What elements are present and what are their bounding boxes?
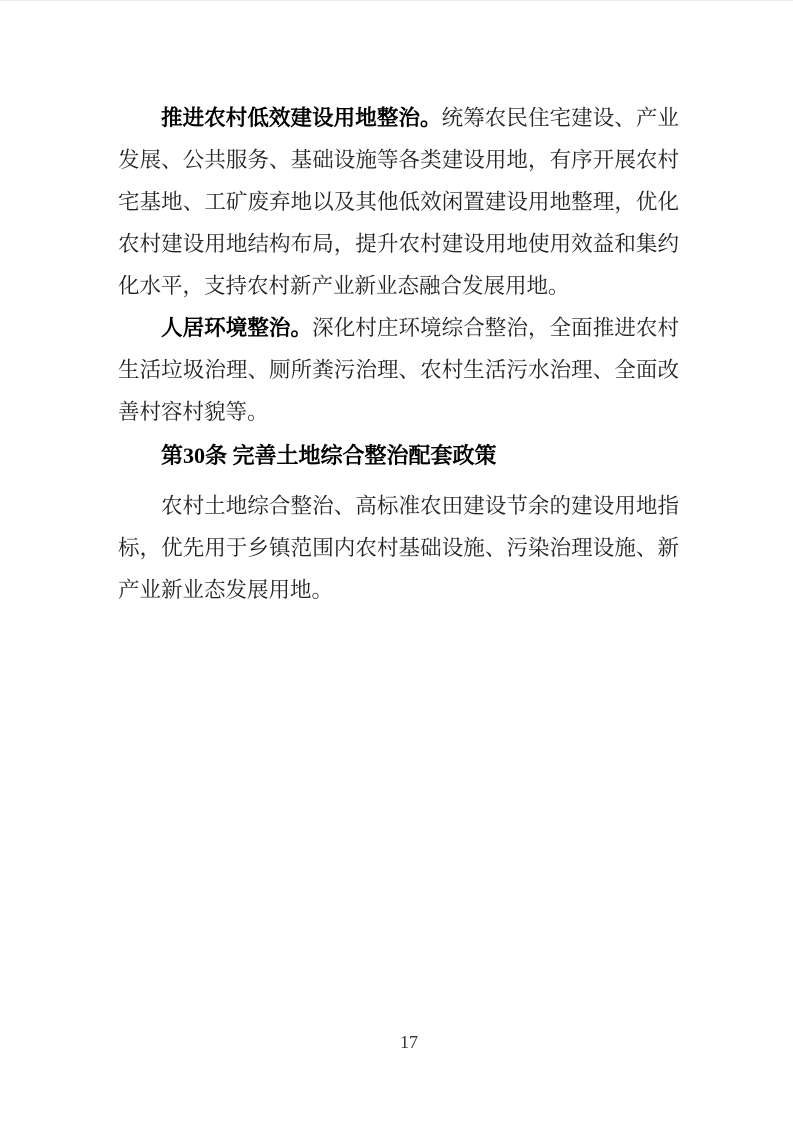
run-in-heading-low-efficiency: 推进农村低效建设用地整治。: [161, 106, 442, 130]
text-line: 宅基地、工矿废弃地以及其他低效闲置建设用地整理，优化: [118, 181, 679, 223]
text-line: 化水平，支持农村新产业新业态融合发展用地。: [118, 265, 679, 307]
text-line: 农村土地综合整治、高标准农田建设节余的建设用地指: [118, 485, 679, 527]
text-line: 产业新业态发展用地。: [118, 569, 679, 611]
heading-article-30: 第30条 完善土地综合整治配套政策: [118, 435, 679, 477]
paragraph-living-environment: 人居环境整治。深化村庄环境综合整治，全面推进农村 生活垃圾治理、厕所粪污治理、农…: [118, 307, 679, 433]
text-line: 发展、公共服务、基础设施等各类建设用地，有序开展农村: [118, 139, 679, 181]
text-line: 善村容村貌等。: [118, 391, 679, 433]
text-line: 人居环境整治。深化村庄环境综合整治，全面推进农村: [118, 307, 679, 349]
page-number: 17: [400, 1031, 418, 1053]
text-line: 生活垃圾治理、厕所粪污治理、农村生活污水治理、全面改: [118, 349, 679, 391]
text-run: 统筹农民住宅建设、产业: [442, 106, 679, 130]
text-line: 农村建设用地结构布局，提升农村建设用地使用效益和集约: [118, 223, 679, 265]
document-page: 推进农村低效建设用地整治。统筹农民住宅建设、产业 发展、公共服务、基础设施等各类…: [0, 0, 793, 1122]
run-in-heading-living-environment: 人居环境整治。: [161, 316, 312, 340]
paragraph-low-efficiency-land: 推进农村低效建设用地整治。统筹农民住宅建设、产业 发展、公共服务、基础设施等各类…: [118, 97, 679, 307]
text-line: 标，优先用于乡镇范围内农村基础设施、污染治理设施、新: [118, 527, 679, 569]
paragraph-supporting-policy: 农村土地综合整治、高标准农田建设节余的建设用地指 标，优先用于乡镇范围内农村基础…: [118, 485, 679, 611]
text-line: 推进农村低效建设用地整治。统筹农民住宅建设、产业: [118, 97, 679, 139]
text-run: 深化村庄环境综合整治，全面推进农村: [312, 316, 679, 340]
document-body: 推进农村低效建设用地整治。统筹农民住宅建设、产业 发展、公共服务、基础设施等各类…: [118, 97, 679, 611]
